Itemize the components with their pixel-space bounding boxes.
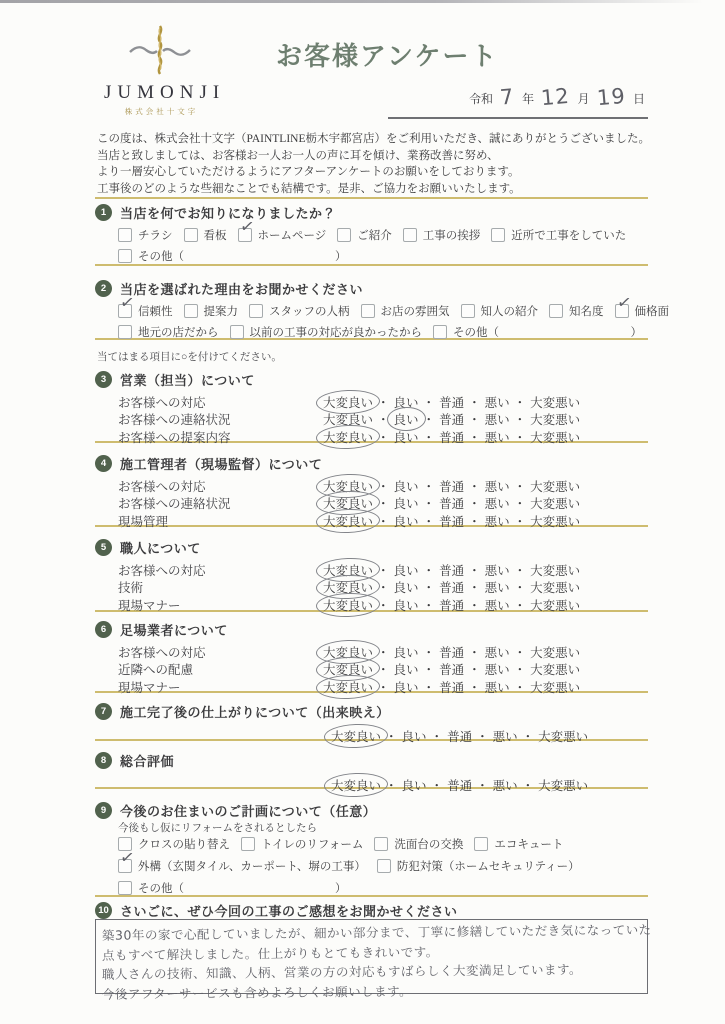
checkbox-option[interactable]: ✓ 看板 xyxy=(184,227,227,243)
checkbox-label: その他（ xyxy=(138,248,184,264)
rating-row: 大変良い・良い・普通・悪い・大変悪い xyxy=(118,727,650,745)
page-title: お客様アンケート xyxy=(276,36,498,73)
question-title: 施工管理者（現場監督）について xyxy=(120,454,322,473)
question-title: 今後のお住まいのご計画について（任意） xyxy=(120,801,376,820)
rating-option[interactable]: 普通 xyxy=(438,660,465,678)
question-title: さいごに、ぜひ今回の工事のご感想をお聞かせください xyxy=(120,901,458,920)
rating-row-label: 近隣への配慮 xyxy=(118,660,322,678)
rating-rows: お客様への対応 大変良い・良い・普通・悪い・大変悪い 近隣への配慮 大変良い・良… xyxy=(118,643,650,696)
rating-option[interactable]: 良い xyxy=(393,596,420,614)
question-2: 2 当店を選ばれた理由をお聞かせください ✓ 信頼性 ✓ 提案力 ✓ スタッフの… xyxy=(95,279,650,339)
survey-page: JUMONJI 株式会社十文字 お客様アンケート 令和 7 年 12 月 19 … xyxy=(0,0,725,1024)
option-separator: ・ xyxy=(465,497,484,511)
option-separator: ・ xyxy=(420,431,439,445)
checkbox-option[interactable]: ✓ 外構（玄関タイル、カーポート、塀の工事） xyxy=(118,858,366,874)
check-icon: ✓ xyxy=(615,293,632,312)
option-separator: ・ xyxy=(420,564,439,578)
option-separator: ・ xyxy=(465,646,484,660)
rating-rows: お客様への対応 大変良い・良い・普通・悪い・大変悪い お客様への連絡状況 大変良… xyxy=(118,477,650,530)
rating-option[interactable]: 悪い xyxy=(492,727,519,745)
question-title: 施工完了後の仕上がりについて（出来映え） xyxy=(120,702,390,721)
rating-row: お客様への提案内容 大変良い・良い・普通・悪い・大変悪い xyxy=(118,428,650,446)
handwritten-day: 19 xyxy=(596,84,627,110)
checkbox[interactable]: ✓ xyxy=(184,304,198,318)
rating-row: お客様への対応 大変良い・良い・普通・悪い・大変悪い xyxy=(118,393,650,411)
rating-option[interactable]: 普通 xyxy=(438,678,465,696)
option-separator: ・ xyxy=(465,413,484,427)
rating-option[interactable]: 大変良い xyxy=(322,393,374,411)
checkbox-option[interactable]: ✓ 防犯対策（ホームセキュリティー） xyxy=(377,858,580,874)
rating-option[interactable]: 悪い xyxy=(484,512,511,530)
option-separator: ・ xyxy=(420,581,439,595)
option-separator: ・ xyxy=(420,396,439,410)
rating-rows: 大変良い・良い・普通・悪い・大変悪い xyxy=(118,776,650,794)
checkbox-option[interactable]: ✓ 知人の紹介 xyxy=(461,303,539,319)
option-separator: ・ xyxy=(420,515,439,529)
checkbox[interactable]: ✓ xyxy=(377,859,391,873)
rating-option[interactable]: 大変悪い xyxy=(529,643,581,661)
intro-line: 当店と致しましては、お客様お一人お一人の声に耳を傾け、業務改善に努め、 xyxy=(97,148,657,165)
question-number: 6 xyxy=(95,621,112,638)
checkbox-row: ✓ 外構（玄関タイル、カーポート、塀の工事） ✓ 防犯対策（ホームセキュリティー… xyxy=(118,858,591,873)
rating-row: 大変良い・良い・普通・悪い・大変悪い xyxy=(118,776,650,794)
question-subnote: 今後もし仮にリフォームをされるとしたら xyxy=(118,820,317,835)
question-number: 8 xyxy=(95,752,112,769)
option-separator: ・ xyxy=(473,779,492,793)
rating-option[interactable]: 大変悪い xyxy=(529,678,581,696)
question-3: 3 営業（担当）について お客様への対応 大変良い・良い・普通・悪い・大変悪い … xyxy=(95,370,650,446)
option-separator: ・ xyxy=(465,681,484,695)
checkbox-row: ✓ その他（ ） xyxy=(118,880,355,895)
checkbox-option[interactable]: ✓ 信頼性 xyxy=(118,303,173,319)
option-separator: ・ xyxy=(511,564,530,578)
question-title: 足場業者について xyxy=(120,620,228,639)
question-title: 職人について xyxy=(120,538,201,557)
checkbox-label: ホームページ xyxy=(258,227,327,243)
checkbox-label: 看板 xyxy=(204,227,227,243)
checkbox-option[interactable]: ✓ 知名度 xyxy=(549,303,604,319)
question-title: 当店を選ばれた理由をお聞かせください xyxy=(120,279,363,298)
checkbox-label: ご紹介 xyxy=(357,227,392,243)
question-title: 当店を何でお知りになりましたか？ xyxy=(120,203,336,222)
checkbox-label: その他（ xyxy=(453,324,499,340)
option-separator: ・ xyxy=(465,515,484,529)
checkbox-option[interactable]: ✓ ホームページ xyxy=(238,227,327,243)
rating-row-label: お客様への対応 xyxy=(118,643,322,661)
checkbox-option[interactable]: ✓ エコキュート xyxy=(474,836,563,852)
rating-option[interactable]: 大変悪い xyxy=(529,512,581,530)
company-logo: JUMONJI 株式会社十文字 xyxy=(98,24,222,117)
checkbox-label: お店の雰囲気 xyxy=(381,303,450,319)
rating-option[interactable]: 大変良い xyxy=(322,678,374,696)
checkbox-option[interactable]: ✓ ご紹介 xyxy=(337,227,392,243)
question-5: 5 職人について お客様への対応 大変良い・良い・普通・悪い・大変悪い 技術 大… xyxy=(95,538,650,614)
checkbox-label: 外構（玄関タイル、カーポート、塀の工事） xyxy=(138,858,366,874)
checkbox-label: その他（ xyxy=(138,880,184,896)
checkbox[interactable]: ✓ xyxy=(118,325,132,339)
rating-row-label: 現場管理 xyxy=(118,512,322,530)
rating-row: 現場マナー 大変良い・良い・普通・悪い・大変悪い xyxy=(118,596,650,614)
checkbox-option-other[interactable]: ✓ その他（ xyxy=(118,248,184,264)
question-header: 2 当店を選ばれた理由をお聞かせください xyxy=(95,279,650,297)
question-header: 6 足場業者について xyxy=(95,620,650,638)
question-1: 1 当店を何でお知りになりましたか？ ✓ チラシ ✓ 看板 ✓ ホームページ ✓… xyxy=(95,203,650,263)
rating-option[interactable]: 普通 xyxy=(438,428,465,446)
question-header: 7 施工完了後の仕上がりについて（出来映え） xyxy=(95,702,650,720)
checkbox[interactable]: ✓ xyxy=(474,837,488,851)
question-header: 9 今後のお住まいのご計画について（任意） xyxy=(95,801,650,819)
rating-row-label: 技術 xyxy=(118,578,322,596)
rating-option[interactable]: 普通 xyxy=(438,393,465,411)
checkbox-option[interactable]: ✓ 価格面 xyxy=(615,303,670,319)
checkbox-option[interactable]: ✓ 洗面台の交換 xyxy=(374,836,463,852)
rating-option[interactable]: 良い xyxy=(393,410,420,428)
era-label: 令和 xyxy=(469,92,493,106)
year-unit: 年 xyxy=(522,92,534,106)
option-separator: ・ xyxy=(511,413,530,427)
option-separator: ・ xyxy=(465,431,484,445)
checkbox-label: 知人の紹介 xyxy=(481,303,539,319)
rating-option[interactable]: 大変悪い xyxy=(529,660,581,678)
date-underline xyxy=(388,117,648,119)
rating-options: 大変良い・良い・普通・悪い・大変悪い xyxy=(322,428,581,446)
rating-options: 大変良い・良い・普通・悪い・大変悪い xyxy=(322,512,581,530)
option-separator: ・ xyxy=(511,581,530,595)
checkbox-label: トイレのリフォーム xyxy=(261,836,363,852)
rating-options: 大変良い・良い・普通・悪い・大変悪い xyxy=(322,678,581,696)
checkbox[interactable]: ✓ xyxy=(249,304,263,318)
intro-line: 工事後のどのような些細なことでも結構です。是非、ご協力をお願いいたします。 xyxy=(97,181,657,198)
option-separator: ・ xyxy=(511,396,530,410)
question-number: 2 xyxy=(95,280,112,297)
rating-option[interactable]: 大変悪い xyxy=(529,494,581,512)
rating-option[interactable]: 普通 xyxy=(438,643,465,661)
rating-option[interactable]: 大変悪い xyxy=(529,428,581,446)
option-separator: ・ xyxy=(428,779,447,793)
month-unit: 月 xyxy=(578,92,590,106)
option-separator: ・ xyxy=(511,431,530,445)
question-number: 1 xyxy=(95,204,112,221)
checkbox[interactable]: ✓ xyxy=(230,325,244,339)
rating-row-label: お客様への対応 xyxy=(118,561,322,579)
rating-row: 現場管理 大変良い・良い・普通・悪い・大変悪い xyxy=(118,512,650,530)
rating-rows: 大変良い・良い・普通・悪い・大変悪い xyxy=(118,727,650,745)
checkbox[interactable]: ✓ xyxy=(491,228,505,242)
rating-option[interactable]: 大変良い xyxy=(322,512,374,530)
checkbox-label: エコキュート xyxy=(494,836,563,852)
checkbox-label: チラシ xyxy=(138,227,173,243)
rating-row: お客様への対応 大変良い・良い・普通・悪い・大変悪い xyxy=(118,561,650,579)
paren-close: ） xyxy=(335,248,347,264)
rating-option[interactable]: 悪い xyxy=(484,643,511,661)
checkbox[interactable]: ✓ xyxy=(184,228,198,242)
checkbox-label: 信頼性 xyxy=(138,303,173,319)
option-separator: ・ xyxy=(420,480,439,494)
rating-rows: お客様への対応 大変良い・良い・普通・悪い・大変悪い お客様への連絡状況 大変良… xyxy=(118,393,650,446)
option-separator: ・ xyxy=(428,730,447,744)
checkbox-label: 工事の挨拶 xyxy=(423,227,481,243)
checkbox[interactable]: ✓ xyxy=(238,228,252,242)
rating-option[interactable]: 悪い xyxy=(484,678,511,696)
rating-options: 大変良い・良い・普通・悪い・大変悪い xyxy=(330,776,589,794)
rating-row-label: お客様への提案内容 xyxy=(118,428,322,446)
question-header: 5 職人について xyxy=(95,538,650,556)
rating-option[interactable]: 良い xyxy=(393,512,420,530)
checkbox-label: クロスの貼り替え xyxy=(138,836,230,852)
rating-options: 大変良い・良い・普通・悪い・大変悪い xyxy=(322,596,581,614)
rating-option[interactable]: 良い xyxy=(393,494,420,512)
rating-option[interactable]: 悪い xyxy=(484,660,511,678)
rating-option[interactable]: 大変悪い xyxy=(529,561,581,579)
rating-row: 現場マナー 大変良い・良い・普通・悪い・大変悪い xyxy=(118,678,650,696)
option-separator: ・ xyxy=(465,480,484,494)
checkbox-label: 以前の工事の対応が良かったから xyxy=(250,324,423,340)
checkbox[interactable]: ✓ xyxy=(403,228,417,242)
question-9: 9 今後のお住まいのご計画について（任意） 今後もし仮にリフォームをされるとした… xyxy=(95,801,650,896)
rating-option[interactable]: 大変悪い xyxy=(529,477,581,495)
rating-row-label: 現場マナー xyxy=(118,678,322,696)
intro-line: より一層安心していただけるようにアフターアンケートのお願いをしております。 xyxy=(97,164,657,181)
question-number: 7 xyxy=(95,703,112,720)
rating-option[interactable]: 良い xyxy=(393,477,420,495)
rating-option[interactable]: 大変悪い xyxy=(529,410,581,428)
rating-option[interactable]: 普通 xyxy=(438,410,465,428)
section-divider xyxy=(95,264,648,266)
rating-row-label: 現場マナー xyxy=(118,596,322,614)
scan-artifact-line xyxy=(0,0,725,3)
rating-option[interactable]: 大変悪い xyxy=(529,393,581,411)
check-icon: ✓ xyxy=(119,848,136,867)
rating-option[interactable]: 悪い xyxy=(484,494,511,512)
rating-option[interactable]: 悪い xyxy=(484,410,511,428)
option-separator: ・ xyxy=(511,480,530,494)
rating-rows: お客様への対応 大変良い・良い・普通・悪い・大変悪い 技術 大変良い・良い・普通… xyxy=(118,561,650,614)
option-separator: ・ xyxy=(465,599,484,613)
checkbox-option-other[interactable]: ✓ その他（ xyxy=(433,324,499,340)
rating-row-label: お客様への連絡状況 xyxy=(118,410,322,428)
option-separator: ・ xyxy=(465,564,484,578)
rating-option[interactable]: 良い xyxy=(393,428,420,446)
option-separator: ・ xyxy=(511,663,530,677)
option-separator: ・ xyxy=(420,681,439,695)
section-divider xyxy=(95,197,648,199)
checkbox[interactable]: ✓ xyxy=(461,304,475,318)
rating-option[interactable]: 大変悪い xyxy=(537,776,589,794)
checkbox[interactable]: ✓ xyxy=(118,304,132,318)
question-7: 7 施工完了後の仕上がりについて（出来映え） 大変良い・良い・普通・悪い・大変悪… xyxy=(95,702,650,745)
option-separator: ・ xyxy=(511,497,530,511)
checkbox-option[interactable]: ✓ チラシ xyxy=(118,227,173,243)
question-header: 8 総合評価 xyxy=(95,751,650,769)
checkbox-option[interactable]: ✓ お店の雰囲気 xyxy=(361,303,450,319)
checkbox[interactable]: ✓ xyxy=(433,325,447,339)
checkbox[interactable]: ✓ xyxy=(337,228,351,242)
question-title: 営業（担当）について xyxy=(120,370,255,389)
rating-option[interactable]: 良い xyxy=(393,578,420,596)
rating-option[interactable]: 良い xyxy=(393,678,420,696)
checkbox-option[interactable]: ✓ 近所で工事をしていた xyxy=(491,227,626,243)
intro-line: この度は、株式会社十文字（PAINTLINE栃木宇都宮店）をご利用いただき、誠に… xyxy=(97,131,657,148)
rating-option[interactable]: 悪い xyxy=(484,596,511,614)
rating-option[interactable]: 大変良い xyxy=(322,596,374,614)
rating-row: 技術 大変良い・良い・普通・悪い・大変悪い xyxy=(118,579,650,597)
option-separator: ・ xyxy=(420,663,439,677)
checkbox-row: ✓ その他（ ） xyxy=(118,248,650,263)
option-separator: ・ xyxy=(420,646,439,660)
question-number: 5 xyxy=(95,539,112,556)
paren-close: ） xyxy=(631,324,643,340)
question-number: 4 xyxy=(95,455,112,472)
checkbox-label: 地元の店だから xyxy=(138,324,219,340)
checkbox-row: ✓ 信頼性 ✓ 提案力 ✓ スタッフの人柄 ✓ お店の雰囲気 ✓ 知人の紹介 ✓… xyxy=(118,303,650,318)
rating-option[interactable]: 悪い xyxy=(484,561,511,579)
question-8: 8 総合評価 大変良い・良い・普通・悪い・大変悪い xyxy=(95,751,650,794)
rating-row-label: お客様への連絡状況 xyxy=(118,494,322,512)
question-header: 3 営業（担当）について xyxy=(95,370,650,388)
rating-option[interactable]: 普通 xyxy=(438,596,465,614)
option-separator: ・ xyxy=(420,599,439,613)
intro-paragraph: この度は、株式会社十文字（PAINTLINE栃木宇都宮店）をご利用いただき、誠に… xyxy=(97,131,657,197)
checkbox-label: 価格面 xyxy=(635,303,670,319)
rating-option[interactable]: 良い xyxy=(393,660,420,678)
rating-row-label: お客様への対応 xyxy=(118,393,322,411)
rating-option[interactable]: 悪い xyxy=(492,776,519,794)
comment-box: 築30年の家で心配していましたが、細かい部分まで、丁寧に修繕していただき気になっ… xyxy=(95,919,648,994)
question-number: 9 xyxy=(95,802,112,819)
rating-options: 大変良い・良い・普通・悪い・大変悪い xyxy=(330,727,589,745)
checkbox-label: 防犯対策（ホームセキュリティー） xyxy=(397,858,580,874)
option-separator: ・ xyxy=(420,497,439,511)
rating-option[interactable]: 悪い xyxy=(484,578,511,596)
checkbox[interactable]: ✓ xyxy=(118,881,132,895)
checkbox[interactable]: ✓ xyxy=(118,249,132,263)
checkbox-option[interactable]: ✓ 以前の工事の対応が良かったから xyxy=(230,324,423,340)
question-header: 1 当店を何でお知りになりましたか？ xyxy=(95,203,650,221)
day-unit: 日 xyxy=(633,92,645,106)
rating-row: お客様への連絡状況 大変良い・良い・普通・悪い・大変悪い xyxy=(118,411,650,429)
question-header: 4 施工管理者（現場監督）について xyxy=(95,454,650,472)
rating-options: 大変良い・良い・普通・悪い・大変悪い xyxy=(322,393,581,411)
brand-name: JUMONJI xyxy=(98,82,222,104)
question-number: 3 xyxy=(95,371,112,388)
rating-option[interactable]: 普通 xyxy=(438,578,465,596)
checkbox-option[interactable]: ✓ 工事の挨拶 xyxy=(403,227,481,243)
rating-option[interactable]: 良い xyxy=(401,727,428,745)
circle-instruction-note: 当てはまる項目に○を付けてください。 xyxy=(97,349,282,364)
option-separator: ・ xyxy=(511,515,530,529)
checkbox-label: スタッフの人柄 xyxy=(269,303,350,319)
question-number: 10 xyxy=(95,902,112,919)
option-separator: ・ xyxy=(465,663,484,677)
question-4: 4 施工管理者（現場監督）について お客様への対応 大変良い・良い・普通・悪い・… xyxy=(95,454,650,530)
checkbox[interactable]: ✓ xyxy=(118,859,132,873)
checkbox[interactable]: ✓ xyxy=(361,304,375,318)
checkbox-row: ✓ 地元の店だから ✓ 以前の工事の対応が良かったから ✓ その他（ ） xyxy=(118,324,650,339)
checkbox-label: 提案力 xyxy=(204,303,239,319)
question-10: 10 さいごに、ぜひ今回の工事のご感想をお聞かせください xyxy=(95,901,650,919)
survey-date: 令和 7 年 12 月 19 日 xyxy=(469,84,645,108)
rating-option[interactable]: 大変悪い xyxy=(537,727,589,745)
rating-option[interactable]: 普通 xyxy=(438,494,465,512)
rating-option[interactable]: 悪い xyxy=(484,428,511,446)
checkbox-option[interactable]: ✓ スタッフの人柄 xyxy=(249,303,350,319)
option-separator: ・ xyxy=(511,681,530,695)
question-title: 総合評価 xyxy=(120,751,174,770)
checkbox[interactable]: ✓ xyxy=(549,304,563,318)
checkbox-option[interactable]: ✓ 提案力 xyxy=(184,303,239,319)
rating-option[interactable]: 良い xyxy=(393,561,420,579)
rating-option[interactable]: 大変良い xyxy=(330,776,382,794)
brand-subtitle: 株式会社十文字 xyxy=(98,106,222,117)
handwritten-month: 12 xyxy=(540,84,571,110)
checkbox[interactable]: ✓ xyxy=(118,228,132,242)
check-icon: ✓ xyxy=(119,293,136,312)
rating-row-label: お客様への対応 xyxy=(118,477,322,495)
checkbox[interactable]: ✓ xyxy=(241,837,255,851)
checkbox-option-other[interactable]: ✓ その他（ xyxy=(118,880,184,896)
rating-option[interactable]: 大変良い xyxy=(330,727,382,745)
paren-close: ） xyxy=(335,880,347,896)
rating-option[interactable]: 普通 xyxy=(438,512,465,530)
rating-row: お客様への対応 大変良い・良い・普通・悪い・大変悪い xyxy=(118,477,650,495)
option-separator: ・ xyxy=(511,646,530,660)
handwritten-year: 7 xyxy=(499,84,515,109)
rating-option[interactable]: 悪い xyxy=(484,393,511,411)
option-separator: ・ xyxy=(511,599,530,613)
rating-option[interactable]: 良い xyxy=(401,776,428,794)
rating-option[interactable]: 普通 xyxy=(446,776,473,794)
checkbox-option[interactable]: ✓ トイレのリフォーム xyxy=(241,836,363,852)
checkbox-row: ✓ クロスの貼り替え ✓ トイレのリフォーム ✓ 洗面台の交換 ✓ エコキュート xyxy=(118,836,574,851)
rating-option[interactable]: 良い xyxy=(393,643,420,661)
checkbox-label: 知名度 xyxy=(569,303,604,319)
checkbox-label: 洗面台の交換 xyxy=(394,836,463,852)
option-separator: ・ xyxy=(465,581,484,595)
rating-option[interactable]: 大変良い xyxy=(322,428,374,446)
question-6: 6 足場業者について お客様への対応 大変良い・良い・普通・悪い・大変悪い 近隣… xyxy=(95,620,650,696)
option-separator: ・ xyxy=(519,730,538,744)
checkbox-row: ✓ チラシ ✓ 看板 ✓ ホームページ ✓ ご紹介 ✓ 工事の挨拶 ✓ 近所で工… xyxy=(118,227,650,242)
rating-row: お客様への対応 大変良い・良い・普通・悪い・大変悪い xyxy=(118,643,650,661)
rating-option[interactable]: 大変悪い xyxy=(529,596,581,614)
question-header: 10 さいごに、ぜひ今回の工事のご感想をお聞かせください xyxy=(95,901,650,919)
rating-option[interactable]: 大変悪い xyxy=(529,578,581,596)
checkbox[interactable]: ✓ xyxy=(374,837,388,851)
option-separator: ・ xyxy=(465,396,484,410)
checkbox[interactable]: ✓ xyxy=(615,304,629,318)
rating-row: お客様への連絡状況 大変良い・良い・普通・悪い・大変悪い xyxy=(118,495,650,513)
rating-row: 近隣への配慮 大変良い・良い・普通・悪い・大変悪い xyxy=(118,661,650,679)
option-separator: ・ xyxy=(473,730,492,744)
checkbox-label: 近所で工事をしていた xyxy=(511,227,626,243)
rating-option[interactable]: 普通 xyxy=(438,477,465,495)
jumonji-cross-icon xyxy=(127,24,193,80)
check-icon: ✓ xyxy=(238,217,255,236)
rating-option[interactable]: 普通 xyxy=(446,727,473,745)
checkbox-option[interactable]: ✓ 地元の店だから xyxy=(118,324,219,340)
option-separator: ・ xyxy=(519,779,538,793)
rating-option[interactable]: 普通 xyxy=(438,561,465,579)
rating-option[interactable]: 悪い xyxy=(484,477,511,495)
